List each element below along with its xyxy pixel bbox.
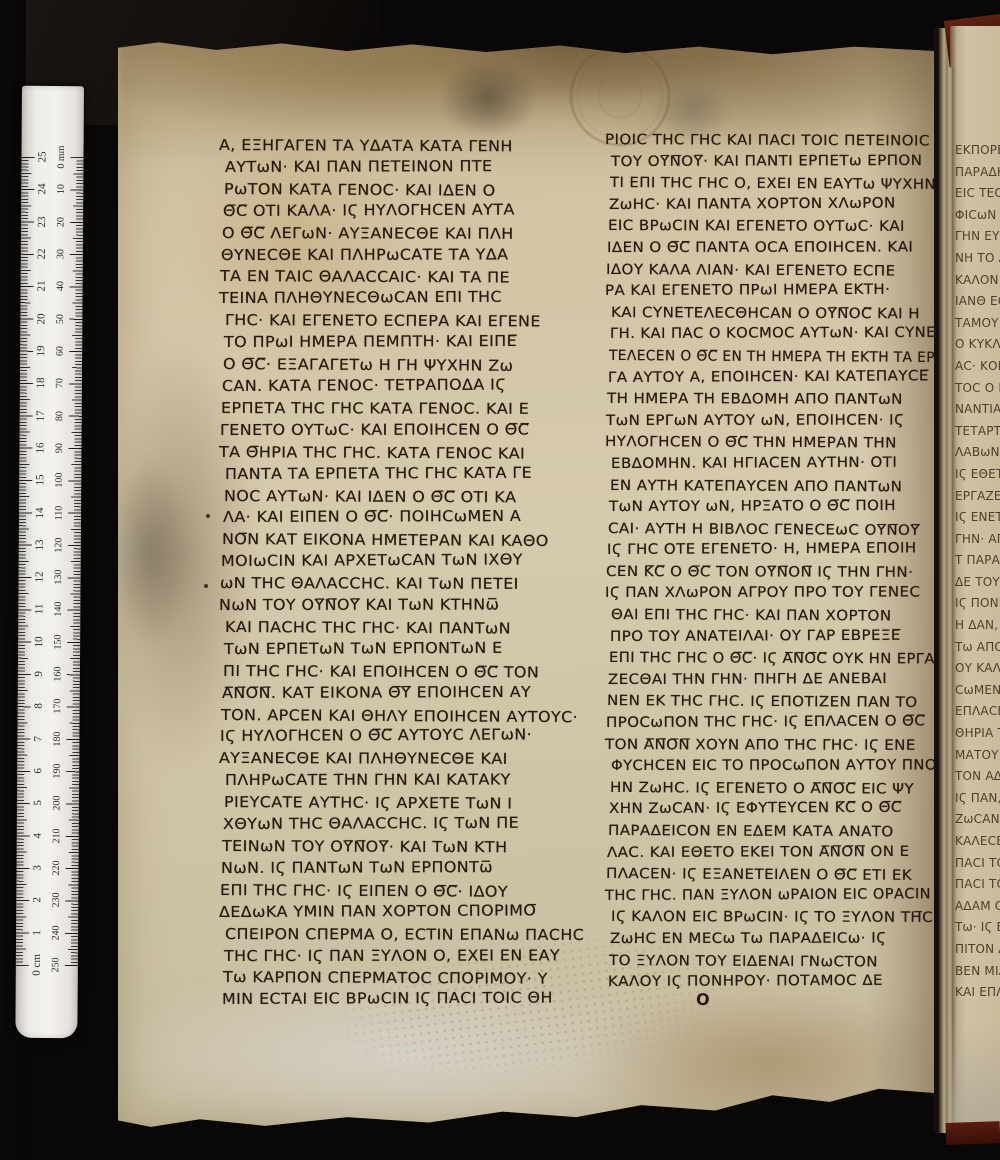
facing-page-line: ΕΠΛΑϹΕΝ <box>955 701 1000 723</box>
manuscript-line: ΔΕΔωΚΑ ΥΜΙΝ ΠΑΝ ΧΟΡΤΟΝ ϹΠΟΡΙΜΟ̅ <box>219 900 536 924</box>
facing-page-line: ΕΙϹ ΤΕϹϹΑ <box>955 183 1000 205</box>
facing-page-line: ΔΕ ΤΟΥ ΞΥ <box>955 572 1000 594</box>
manuscript-line: ΤΗϹ ΓΗϹ. ΠΑΝ ΞΥΛΟΝ ωΡΑΙΟΝ ΕΙϹ ΟΡΑϹΙΝ <box>605 884 931 907</box>
manuscript-line: ΚΑΙ ΠΑϹΗϹ ΤΗϹ ΓΗϹ· ΚΑΙ ΠΑΝΤωΝ <box>225 617 511 640</box>
ruler-label: 80 <box>54 411 65 421</box>
manuscript-line: ωΝ ΤΗϹ ΘΑΛΑϹϹΗϹ. ΚΑΙ ΤωΝ ΠΕΤΕΙ <box>220 573 519 596</box>
manuscript-line: ΙϚ ΚΑΛΟΝ ΕΙϹ ΒΡωϹΙΝ· ΙϚ ΤΟ ΞΥΛΟΝ ΤΗ̅Ϲ <box>611 907 933 929</box>
margin-dot <box>206 514 210 518</box>
manuscript-line: ΕΒΔΟΜΗΝ. ΚΑΙ ΗΓΙΑϹΕΝ ΑΥΤΗΝ· ΟΤΙ <box>611 453 897 476</box>
facing-page-line: ΙϚ ΕΘΕΤΟ Α <box>955 464 1000 486</box>
stain-bottom-right <box>578 983 958 1143</box>
manuscript-line: ΘΥΝΕϹΘΕ ΚΑΙ ΠΛΗΡωϹΑΤΕ ΤΑ ΥΔΑ <box>221 244 508 266</box>
manuscript-line: ΠΑΡΑΔΕΙϹΟΝ ΕΝ ΕΔΕΜ ΚΑΤΑ ΑΝΑΤΟ <box>608 821 894 844</box>
manuscript-line: ΠΑΝΤΑ ΤΑ ΕΡΠΕΤΑ ΤΗϹ ΓΗϹ ΚΑΤΑ ΓΕ <box>225 462 532 485</box>
manuscript-line: ΡΙΟΙϹ ΤΗϹ ΓΗϹ ΚΑΙ ΠΑϹΙ ΤΟΙϹ ΠΕΤΕΙΝΟΙϹ <box>605 130 930 153</box>
facing-page-line: ΟΥ ΚΑΛΟΝ ΕΙ <box>955 658 1000 680</box>
manuscript-line: ΘΑΙ ΕΠΙ ΤΗϹ ΓΗϹ· ΚΑΙ ΠΑΝ ΧΟΡΤΟΝ <box>611 605 892 628</box>
stain-top-dark-patch <box>438 60 538 138</box>
manuscript-line: ΕΡΠΕΤΑ ΤΗϹ ΓΗϹ ΚΑΤΑ ΓΕΝΟϹ. ΚΑΙ Ε <box>221 398 529 421</box>
manuscript-line: Α̅Ν̅Ο̅Ν̅. ΚΑΤ ΕΙΚΟΝΑ Θ̅Υ̅ ΕΠΟΙΗϹΕΝ ΑΥ <box>222 682 531 705</box>
facing-page-line: ΤΑΜΟΥ ΤΟΥ <box>955 313 1000 335</box>
ruler-label: 180 <box>52 731 63 746</box>
ruler-label: 70 <box>54 378 65 388</box>
facing-page-line: ΓΗΝ ΕΥΙΛΑ <box>955 226 1000 248</box>
facing-page-line: ΤΕΤΑΡΤ <box>955 421 1000 443</box>
manuscript-line: ΤΑ Θ̅ΗΡΙΑ ΤΗϹ ΓΗϹ. ΚΑΤΑ ΓΕΝΟϹ ΚΑΙ <box>219 442 525 466</box>
ruler-label: 130 <box>53 570 64 585</box>
binding-cover-bottom <box>946 1121 1000 1145</box>
facing-page-line: Τω· ΙϚ ΕΠΙ <box>955 917 1000 939</box>
manuscript-line: ΓΗ. ΚΑΙ ΠΑϹ Ο ΚΟϹΜΟϹ ΑΥΤωΝ· ΚΑΙ ϹΥΝΕ <box>610 323 936 346</box>
facing-page-line: Τω ΑΠΟΘΑ <box>955 637 1000 659</box>
ruler-label: 19 <box>35 345 47 356</box>
ruler-label: 20 <box>56 217 67 227</box>
ruler-label: 0 mm <box>56 145 67 168</box>
facing-page-line: ΙΑΝΘ ΕϹΤΙ <box>955 291 1000 313</box>
facing-page-line: ΙϚ ΕΝΕΤΕΙΛ <box>955 507 1000 529</box>
ruler-label: 12 <box>34 572 46 583</box>
ruler-label: 5 <box>32 801 44 807</box>
measuring-ruler: 2524232221201918171615141312111098765432… <box>15 86 84 1038</box>
manuscript-line: ΓΕΝΕΤΟ ΟΥΤωϹ· ΚΑΙ ΕΠΟΙΗϹΕΝ Ο Θ̅Ϲ̅ <box>220 419 529 441</box>
manuscript-line: ΖωΗϹ· ΚΑΙ ΠΑΝΤΑ ΧΟΡΤΟΝ ΧΛωΡΟΝ <box>609 193 896 216</box>
ruler-label: 2 <box>31 897 43 903</box>
manuscript-line: ΙϚ ΠΑΝ ΧΛωΡΟΝ ΑΓΡΟΥ ΠΡΟ ΤΟΥ ΓΕΝΕϹ <box>605 583 920 605</box>
text-column-right: ΡΙΟΙϹ ΤΗϹ ΓΗϹ ΚΑΙ ΠΑϹΙ ΤΟΙϹ ΠΕΤΕΙΝΟΙϹΤΟΥ… <box>608 130 934 994</box>
manuscript-line: ϹΑΝ. ΚΑΤΑ ΓΕΝΟϹ· ΤΕΤΡΑΠΟΔΑ ΙϚ <box>222 374 506 397</box>
manuscript-line: ΤωΝ ΕΡΓωΝ ΑΥΤΟΥ ωΝ, ΕΠΟΙΗϹΕΝ· ΙϚ <box>606 410 904 432</box>
manuscript-line: ΛΑϹ. ΚΑΙ ΕΘΕΤΟ ΕΚΕΙ ΤΟΝ Α̅Ν̅Ο̅Ν̅ ΟΝ Ε <box>607 842 910 865</box>
ruler-label: 30 <box>55 249 66 259</box>
facing-page-line: ϹωΜΕΝ ΑΥΤ <box>955 680 1000 702</box>
fore-edge-bottom-tint <box>950 1018 1000 1138</box>
facing-page-line: ΜΑΤΟΥ ΟΥ̅Ν̅ <box>955 745 1000 767</box>
ruler-label: 11 <box>33 604 45 615</box>
manuscript-line: ΠΡΟ ΤΟΥ ΑΝΑΤΕΙΛΑΙ· ΟΥ ΓΑΡ ΕΒΡΕΞΕ̅ <box>610 625 901 648</box>
manuscript-line: Ο Θ̅Ϲ̅ ΛΕΓωΝ· ΑΥΞΑΝΕϹΘΕ ΚΑΙ ΠΛΗ <box>222 223 514 246</box>
facing-page-line: ΦΙϹωΝ Ο <box>955 205 1000 227</box>
facing-page-line: ΕΡΓΑΖΕϹΘ <box>955 486 1000 508</box>
ruler-label: 16 <box>34 442 46 453</box>
ruler-label: 150 <box>53 634 64 649</box>
manuscript-line: ΚΑΛΟΥ ΙϚ ΠΟΝΗΡΟΥ· ΠΟΤΑΜΟϹ ΔΕ <box>608 971 883 994</box>
manuscript-line: ΤωΝ ΕΡΠΕΤωΝ ΤωΝ ΕΡΠΟΝΤωΝ Ε <box>224 638 503 661</box>
facing-page-line: ΑΔΑΜ ΟΥΧ <box>955 896 1000 918</box>
manuscript-line: ΝωΝ ΤΟΥ ΟΥ̅Ν̅ΟΥ̅ ΚΑΙ ΤωΝ ΚΤΗΝω̅ <box>219 595 499 617</box>
ruler-mm-major-ticks <box>65 157 84 966</box>
manuscript-line: ΝωΝ. ΙϚ ΠΑΝΤωΝ ΤωΝ ΕΡΠΟΝΤω̅ <box>221 857 493 880</box>
ruler-label: 10 <box>33 636 45 647</box>
manuscript-line: ΛΑ· ΚΑΙ ΕΙΠΕΝ Ο Θ̅Ϲ̅· ΠΟΙΗϹωΜΕΝ Α <box>223 506 521 529</box>
manuscript-line: ΓΑ ΑΥΤΟΥ Α, ΕΠΟΙΗϹΕΝ· ΚΑΙ ΚΑΤΕΠΑΥϹΕ̅ <box>608 366 929 389</box>
manuscript-page: Α, ΕΞΗΓΑΓΕΝ ΤΑ ΥΔΑΤΑ ΚΑΤΑ ΓΕΝΗΑΥΤωΝ· ΚΑΙ… <box>118 38 936 1128</box>
ruler-label: 60 <box>55 346 66 356</box>
facing-page-line: ΚΑΙ ΕΠΛΗΡω <box>955 982 1000 1004</box>
facing-page-line: ΙϚ ΠΟΝΗΡΟ <box>955 593 1000 615</box>
manuscript-line: ϹΠΕΙΡΟΝ ϹΠΕΡΜΑ Ο, ΕϹΤΙΝ ΕΠΑΝω ΠΑϹΗϹ <box>225 924 584 947</box>
ruler-label: 1 <box>31 930 43 936</box>
ruler-label: 21 <box>36 281 48 292</box>
manuscript-line: ΦΥϹΗϹΕΝ ΕΙϹ ΤΟ ΠΡΟϹωΠΟΝ ΑΥΤΟΥ ΠΝΟ <box>611 756 937 778</box>
manuscript-line: ΠΙ ΤΗϹ ΓΗϹ· ΚΑΙ ΕΠΟΙΗϹΕΝ Ο Θ̅Ϲ̅ ΤΟΝ <box>223 661 539 684</box>
ruler-label: 240 <box>51 925 62 940</box>
manuscript-line: ΑΥΤωΝ· ΚΑΙ ΠΑΝ ΠΕΤΕΙΝΟΝ ΠΤΕ <box>225 156 492 179</box>
ruler-label: 9 <box>33 671 45 677</box>
text-column-left: Α, ΕΞΗΓΑΓΕΝ ΤΑ ΥΔΑΤΑ ΚΑΤΑ ΓΕΝΗΑΥΤωΝ· ΚΑΙ… <box>222 135 598 1011</box>
manuscript-line: ΧΘΥωΝ ΤΗϹ ΘΑΛΑϹϹΗϹ. ΙϚ ΤωΝ ΠΕ <box>223 813 519 836</box>
facing-page-line: ΙϚ ΠΑΝ, ΕΚΑ <box>955 788 1000 810</box>
ruler-label: 160 <box>52 667 63 682</box>
ruler-label: 20 <box>35 313 47 324</box>
facing-page-line: ΖωϹΑΝ ΤΟΥ <box>955 809 1000 831</box>
margin-dot <box>204 584 208 588</box>
manuscript-line: ΤΕΙΝΑ ΠΛΗΘΥΝΕϹΘωϹΑΝ ΕΠΙ ΤΗϹ <box>219 287 502 310</box>
facing-page-line: ΕΚΠΟΡΕΥ <box>955 140 1000 162</box>
ruler-label: 3 <box>32 865 44 871</box>
manuscript-line: ΠΡΟϹωΠΟΝ ΤΗϹ ΓΗϹ· ΙϚ ΕΠΛΑϹΕΝ Ο Θ̅Ϲ̅ <box>606 711 925 734</box>
ruler-label: 14 <box>34 507 46 518</box>
ruler-label: 4 <box>32 833 44 839</box>
facing-page-line: ΠΑΡΑΔΗ <box>955 162 1000 184</box>
ruler-label: 100 <box>54 473 65 488</box>
quire-mark: Ο <box>695 989 711 1009</box>
ruler-label: 190 <box>52 764 63 779</box>
manuscript-line: ΤΟΝ Α̅Ν̅Ο̅Ν̅ ΧΟΥΝ ΑΠΟ ΤΗϹ ΓΗϹ· ΙϚ ΕΝΕ <box>605 735 916 757</box>
manuscript-line: ΙϚ ΓΗϹ ΟΤΕ ΕΓΕΝΕΤΟ· Η, ΗΜΕΡΑ ΕΠΟΙΗ <box>607 539 917 562</box>
ruler-label: 24 <box>36 184 48 195</box>
facing-page-line: Η ΔΑΝ, ΗΜ <box>955 615 1000 637</box>
manuscript-line: ΓΗϹ· ΚΑΙ ΕΓΕΝΕΤΟ ΕϹΠΕΡΑ ΚΑΙ ΕΓΕΝΕ <box>225 310 541 333</box>
facing-page-line: Τ ΠΑΡΑΔΕΙ <box>955 550 1000 572</box>
facing-page-line: ΝΗ ΤΟ Δ <box>955 248 1000 270</box>
ruler-label: 13 <box>34 539 46 550</box>
ruler-label: 250 <box>50 958 61 973</box>
manuscript-line: ΧΗΝ ΖωϹΑΝ· ΙϚ ΕΦΥΤΕΥϹΕΝ Κ̅Ϲ̅ Ο Θ̅Ϲ̅ <box>609 798 902 821</box>
facing-page-line: ΒΕΝ ΜΙΑΝ <box>955 961 1000 983</box>
facing-page-line: ΠΙΤΟΝ ΑΔΑ <box>955 939 1000 961</box>
facing-page-fore-edge: ΕΚΠΟΡΕΥΠΑΡΑΔΗΕΙϹ ΤΕϹϹΑΦΙϹωΝ ΟΓΗΝ ΕΥΙΛΑΝΗ… <box>950 26 1000 1138</box>
ruler-label: 110 <box>53 505 64 520</box>
ruler-label: 7 <box>32 736 44 742</box>
ruler-label: 220 <box>51 861 62 876</box>
ruler-label: 40 <box>55 281 66 291</box>
facing-page-line: Ο ΚΥΚΛω <box>955 334 1000 356</box>
manuscript-line: ΤΕΙΝωΝ ΤΟΥ ΟΥ̅Ν̅ΟΥ̅· ΚΑΙ ΤωΝ ΚΤΗ <box>222 836 508 859</box>
facing-page-line: ΚΑΛΕϹΕΝ Ο Α <box>955 831 1000 853</box>
ruler-label: 140 <box>53 602 64 617</box>
ruler-label: 200 <box>51 796 62 811</box>
ruler-label: 170 <box>52 699 63 714</box>
ruler-label: 17 <box>35 410 47 421</box>
manuscript-line: ΙΔΕΝ Ο Θ̅Ϲ̅ ΠΑΝΤΑ ΟϹΑ ΕΠΟΙΗϹΕΝ. ΚΑΙ <box>607 237 913 259</box>
ruler-label: 10 <box>56 184 67 194</box>
manuscript-line: Α, ΕΞΗΓΑΓΕΝ ΤΑ ΥΔΑΤΑ ΚΑΤΑ ΓΕΝΗ <box>219 135 513 158</box>
ruler-label: 230 <box>51 893 62 908</box>
manuscript-line: Θ̅Ϲ̅ ΟΤΙ ΚΑΛΑ· ΙϚ ΗΥΛΟΓΗϹΕΝ ΑΥΤΑ <box>223 199 515 222</box>
facing-page-line: ΤΟϹ Ο ΠΟΡ <box>955 378 1000 400</box>
manuscript-line: ΖΕϹΘΑΙ ΤΗΝ ΓΗΝ· ΠΗΓΗ ΔΕ ΑΝΕΒΑΙ <box>608 669 887 692</box>
ruler-label: 6 <box>32 768 44 774</box>
facing-page-line: ΝΑΝΤΙΑ <box>955 399 1000 421</box>
ruler-label: 15 <box>34 475 46 486</box>
facing-page-line: ΤΟΝ ΑΔΑΜ <box>955 766 1000 788</box>
ruler-label: 90 <box>54 443 65 453</box>
manuscript-line: ΜΟΙωϹΙΝ ΚΑΙ ΑΡΧΕΤωϹΑΝ ΤωΝ ΙΧΘΥ <box>221 550 523 573</box>
facing-page-line: ΠΑϹΙ ΤΟΙϹ ΠΕ <box>955 853 1000 875</box>
ruler-label: 8 <box>33 704 45 710</box>
stain-left-dark <box>110 458 190 648</box>
facing-page-line: ΚΑΛΟΝ ΙϚ <box>955 270 1000 292</box>
ruler-label: 0 cm <box>31 954 43 976</box>
facing-page-text-edge: ΕΚΠΟΡΕΥΠΑΡΑΔΗΕΙϹ ΤΕϹϹΑΦΙϹωΝ ΟΓΗΝ ΕΥΙΛΑΝΗ… <box>955 140 1000 1004</box>
manuscript-line: ΤΟ ΠΡωΙ ΗΜΕΡΑ ΠΕΜΠΤΗ· ΚΑΙ ΕΙΠΕ̅ <box>224 331 517 354</box>
facing-page-line: ΑϹ· ΚΟΠ <box>955 356 1000 378</box>
ruler-label: 22 <box>36 248 48 259</box>
manuscript-line: ΕΝ ΑΥΤΗ ΚΑΤΕΠΑΥϹΕΝ ΑΠΟ ΠΑΝΤωΝ <box>610 476 902 499</box>
facing-page-line: ΛΑΒωΝ Κ̅Ϲ̅ <box>955 442 1000 464</box>
manuscript-line: ΜΙΝ ΕϹΤΑΙ ΕΙϹ ΒΡωϹΙΝ ΙϚ ΠΑϹΙ ΤΟΙϹ ΘΗ <box>222 988 553 1011</box>
manuscript-line: ΠΛΗΡωϹΑΤΕ ΤΗΝ ΓΗΝ ΚΑΙ ΚΑΤΑΚΥ <box>225 770 511 792</box>
ruler-label: 50 <box>55 314 66 324</box>
manuscript-line: ΖωΗϹ ΕΝ ΜΕϹω Τω ΠΑΡΑΔΕΙϹω· ΙϚ <box>610 928 886 950</box>
manuscript-line: ΤΟΥ ΟΥ̅Ν̅ΟΥ̅· ΚΑΙ ΠΑΝΤΙ ΕΡΠΕΤω ΕΡΠΟΝ <box>611 151 922 174</box>
facing-page-line: ΓΗΝ· ΑΠΟ <box>955 529 1000 551</box>
manuscript-line: ΤΗϹ ΓΗϹ· ΙϚ ΠΑΝ ΞΥΛΟΝ Ο, ΕΧΕΙ ΕΝ ΕΑΥ <box>224 945 560 967</box>
manuscript-line: ΑΥΞΑΝΕϹΘΕ ΚΑΙ ΠΛΗΘΥΝΕϹΘΕ ΚΑΙ <box>219 748 508 771</box>
manuscript-line: ΤωΝ ΑΥΤΟΥ ωΝ, ΗΡΞΑΤΟ Ο Θ̅Ϲ̅ ΠΟΙΗ <box>609 496 896 519</box>
manuscript-photograph: 2524232221201918171615141312111098765432… <box>0 0 1000 1160</box>
ruler-label: 120 <box>53 537 64 552</box>
ruler-label: 23 <box>36 216 48 227</box>
facing-page-line: ΘΗΡΙΑ ΤΟΥ Α <box>955 723 1000 745</box>
ruler-label: 210 <box>51 828 62 843</box>
manuscript-line: ϹΕΝ Κ̅Ϲ̅ Ο Θ̅Ϲ̅ ΤΟΝ ΟΥ̅Ν̅ΟΝ̅ ΙϚ ΤΗΝ ΓΗΝ· <box>606 562 913 584</box>
manuscript-line: ΕΠΙ ΤΗϹ ΓΗϹ Ο Θ̅Ϲ̅· ΙϚ Α̅Ν̅Ο̅Ϲ̅ ΟΥΚ ΗΝ Ε… <box>609 648 935 671</box>
manuscript-line: ΙϚ ΗΥΛΟΓΗϹΕΝ Ο Θ̅Ϲ̅ ΑΥΤΟΥϹ ΛΕΓωΝ· <box>220 725 532 749</box>
ruler-label: 25 <box>36 151 48 162</box>
manuscript-line: ΕΙϹ ΒΡωϹΙΝ ΚΑΙ ΕΓΕΝΕΤΟ ΟΥΤωϹ· ΚΑΙ <box>608 216 905 238</box>
facing-page-line: ΠΑϹΙ ΤΟΙϹ Θ <box>955 874 1000 896</box>
manuscript-line: ΤΗ ΗΜΕΡΑ ΤΗ ΕΒΔΟΜΗ ΑΠΟ ΠΑΝΤωΝ <box>607 389 903 411</box>
ruler-label: 18 <box>35 378 47 389</box>
manuscript-line: ΡΑ ΚΑΙ ΕΓΕΝΕΤΟ ΠΡωΙ ΗΜΕΡΑ ΕΚΤΗ· <box>605 280 890 303</box>
